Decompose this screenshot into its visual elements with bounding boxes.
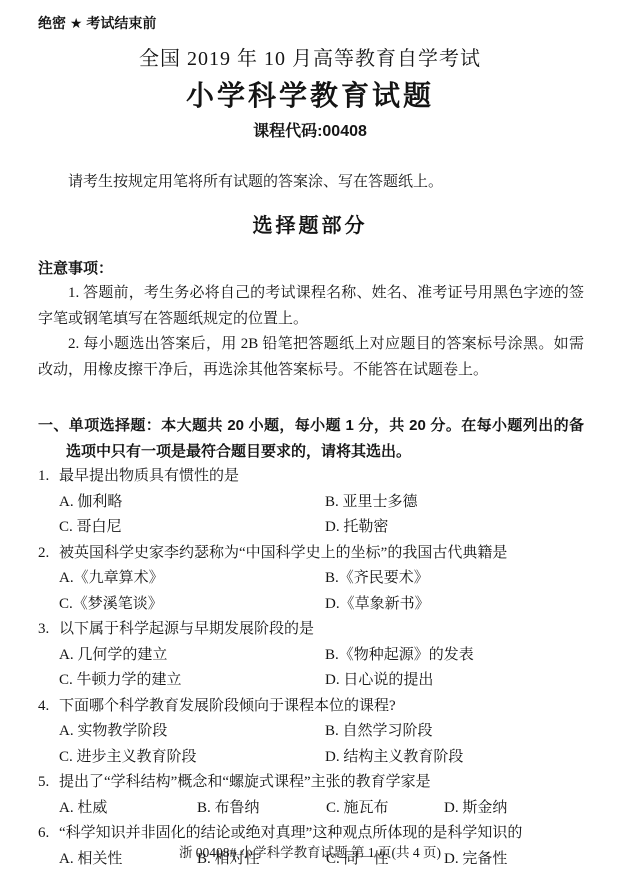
exam-paper-page: 绝密 ★ 考试结束前 全国 2019 年 10 月高等教育自学考试 小学科学教育… — [0, 0, 620, 874]
option-c: C. 牛顿力学的建立 — [59, 668, 325, 694]
option-a: A. 实物教学阶段 — [59, 719, 325, 745]
question-stem: 最早提出物质具有惯性的是 — [59, 464, 590, 490]
page-footer: 浙 00408# 小学科学教育试题 第 1 页(共 4 页) — [0, 844, 620, 862]
paper-title: 小学科学教育试题 — [0, 78, 620, 114]
question-3: 3. 以下属于科学起源与早期发展阶段的是 A. 几何学的建立 B.《物种起源》的… — [38, 617, 590, 694]
note-1: 1. 答题前，考生务必将自己的考试课程名称、姓名、准考证号用黑色字迹的签字笔或钢… — [38, 281, 584, 332]
question-stem-row: 2. 被英国科学史家李约瑟称为“中国科学史上的坐标”的我国古代典籍是 — [38, 541, 590, 567]
question-number: 2. — [38, 541, 59, 567]
question-stem-row: 4. 下面哪个科学教育发展阶段倾向于课程本位的课程? — [38, 694, 590, 720]
options-row: A. 伽利略 B. 亚里士多德 C. 哥白尼 D. 托勒密 — [38, 490, 590, 541]
option-b: B.《齐民要术》 — [325, 566, 590, 592]
question-2: 2. 被英国科学史家李约瑟称为“中国科学史上的坐标”的我国古代典籍是 A.《九章… — [38, 541, 590, 618]
option-b: B. 自然学习阶段 — [325, 719, 590, 745]
option-c: C. 施瓦布 — [326, 796, 444, 822]
notes-heading: 注意事项： — [38, 256, 582, 282]
classification-notice: 绝密 ★ 考试结束前 — [38, 14, 620, 32]
note-2: 2. 每小题选出答案后，用 2B 铅笔把答题纸上对应题目的答案标号涂黑。如需改动… — [38, 332, 584, 383]
course-code: 课程代码:00408 — [0, 120, 620, 144]
question-number: 6. — [38, 821, 59, 847]
question-number: 3. — [38, 617, 59, 643]
options-row: A. 几何学的建立 B.《物种起源》的发表 C. 牛顿力学的建立 D. 日心说的… — [38, 643, 590, 694]
question-stem-row: 3. 以下属于科学起源与早期发展阶段的是 — [38, 617, 590, 643]
option-a: A. 杜威 — [59, 796, 197, 822]
question-1: 1. 最早提出物质具有惯性的是 A. 伽利略 B. 亚里士多德 C. 哥白尼 D… — [38, 464, 590, 541]
question-stem: 提出了“学科结构”概念和“螺旋式课程”主张的教育学家是 — [59, 770, 590, 796]
option-d: D. 斯金纳 — [444, 796, 590, 822]
question-number: 4. — [38, 694, 59, 720]
question-number: 1. — [38, 464, 59, 490]
option-c: C.《梦溪笔谈》 — [59, 592, 325, 618]
question-4: 4. 下面哪个科学教育发展阶段倾向于课程本位的课程? A. 实物教学阶段 B. … — [38, 694, 590, 771]
option-a: A.《九章算术》 — [59, 566, 325, 592]
options-row: A. 实物教学阶段 B. 自然学习阶段 C. 进步主义教育阶段 D. 结构主义教… — [38, 719, 590, 770]
question-stem-row: 1. 最早提出物质具有惯性的是 — [38, 464, 590, 490]
option-d: D. 托勒密 — [325, 515, 590, 541]
option-a: A. 伽利略 — [59, 490, 325, 516]
option-b: B. 布鲁纳 — [197, 796, 326, 822]
option-d: D. 结构主义教育阶段 — [325, 745, 590, 771]
option-d: D.《草象新书》 — [325, 592, 590, 618]
option-b: B. 亚里士多德 — [325, 490, 590, 516]
options-row: A.《九章算术》 B.《齐民要术》 C.《梦溪笔谈》 D.《草象新书》 — [38, 566, 590, 617]
question-stem-row: 6. “科学知识并非固化的结论或绝对真理”这种观点所体现的是科学知识的 — [38, 821, 590, 847]
question-stem-row: 5. 提出了“学科结构”概念和“螺旋式课程”主张的教育学家是 — [38, 770, 590, 796]
question-stem: 下面哪个科学教育发展阶段倾向于课程本位的课程? — [59, 694, 590, 720]
answer-instruction: 请考生按规定用笔将所有试题的答案涂、写在答题纸上。 — [38, 170, 582, 196]
option-b: B.《物种起源》的发表 — [325, 643, 590, 669]
options-row: A. 杜威 B. 布鲁纳 C. 施瓦布 D. 斯金纳 — [38, 796, 590, 822]
option-c: C. 哥白尼 — [59, 515, 325, 541]
question-5: 5. 提出了“学科结构”概念和“螺旋式课程”主张的教育学家是 A. 杜威 B. … — [38, 770, 590, 821]
question-stem: “科学知识并非固化的结论或绝对真理”这种观点所体现的是科学知识的 — [59, 821, 590, 847]
exam-session-title: 全国 2019 年 10 月高等教育自学考试 — [0, 44, 620, 74]
option-c: C. 进步主义教育阶段 — [59, 745, 325, 771]
question-number: 5. — [38, 770, 59, 796]
part-one-heading: 一、单项选择题：本大题共 20 小题，每小题 1 分，共 20 分。在每小题列出… — [38, 413, 584, 464]
option-d: D. 日心说的提出 — [325, 668, 590, 694]
section-title: 选择题部分 — [0, 212, 620, 240]
question-stem: 以下属于科学起源与早期发展阶段的是 — [59, 617, 590, 643]
option-a: A. 几何学的建立 — [59, 643, 325, 669]
question-stem: 被英国科学史家李约瑟称为“中国科学史上的坐标”的我国古代典籍是 — [59, 541, 590, 567]
